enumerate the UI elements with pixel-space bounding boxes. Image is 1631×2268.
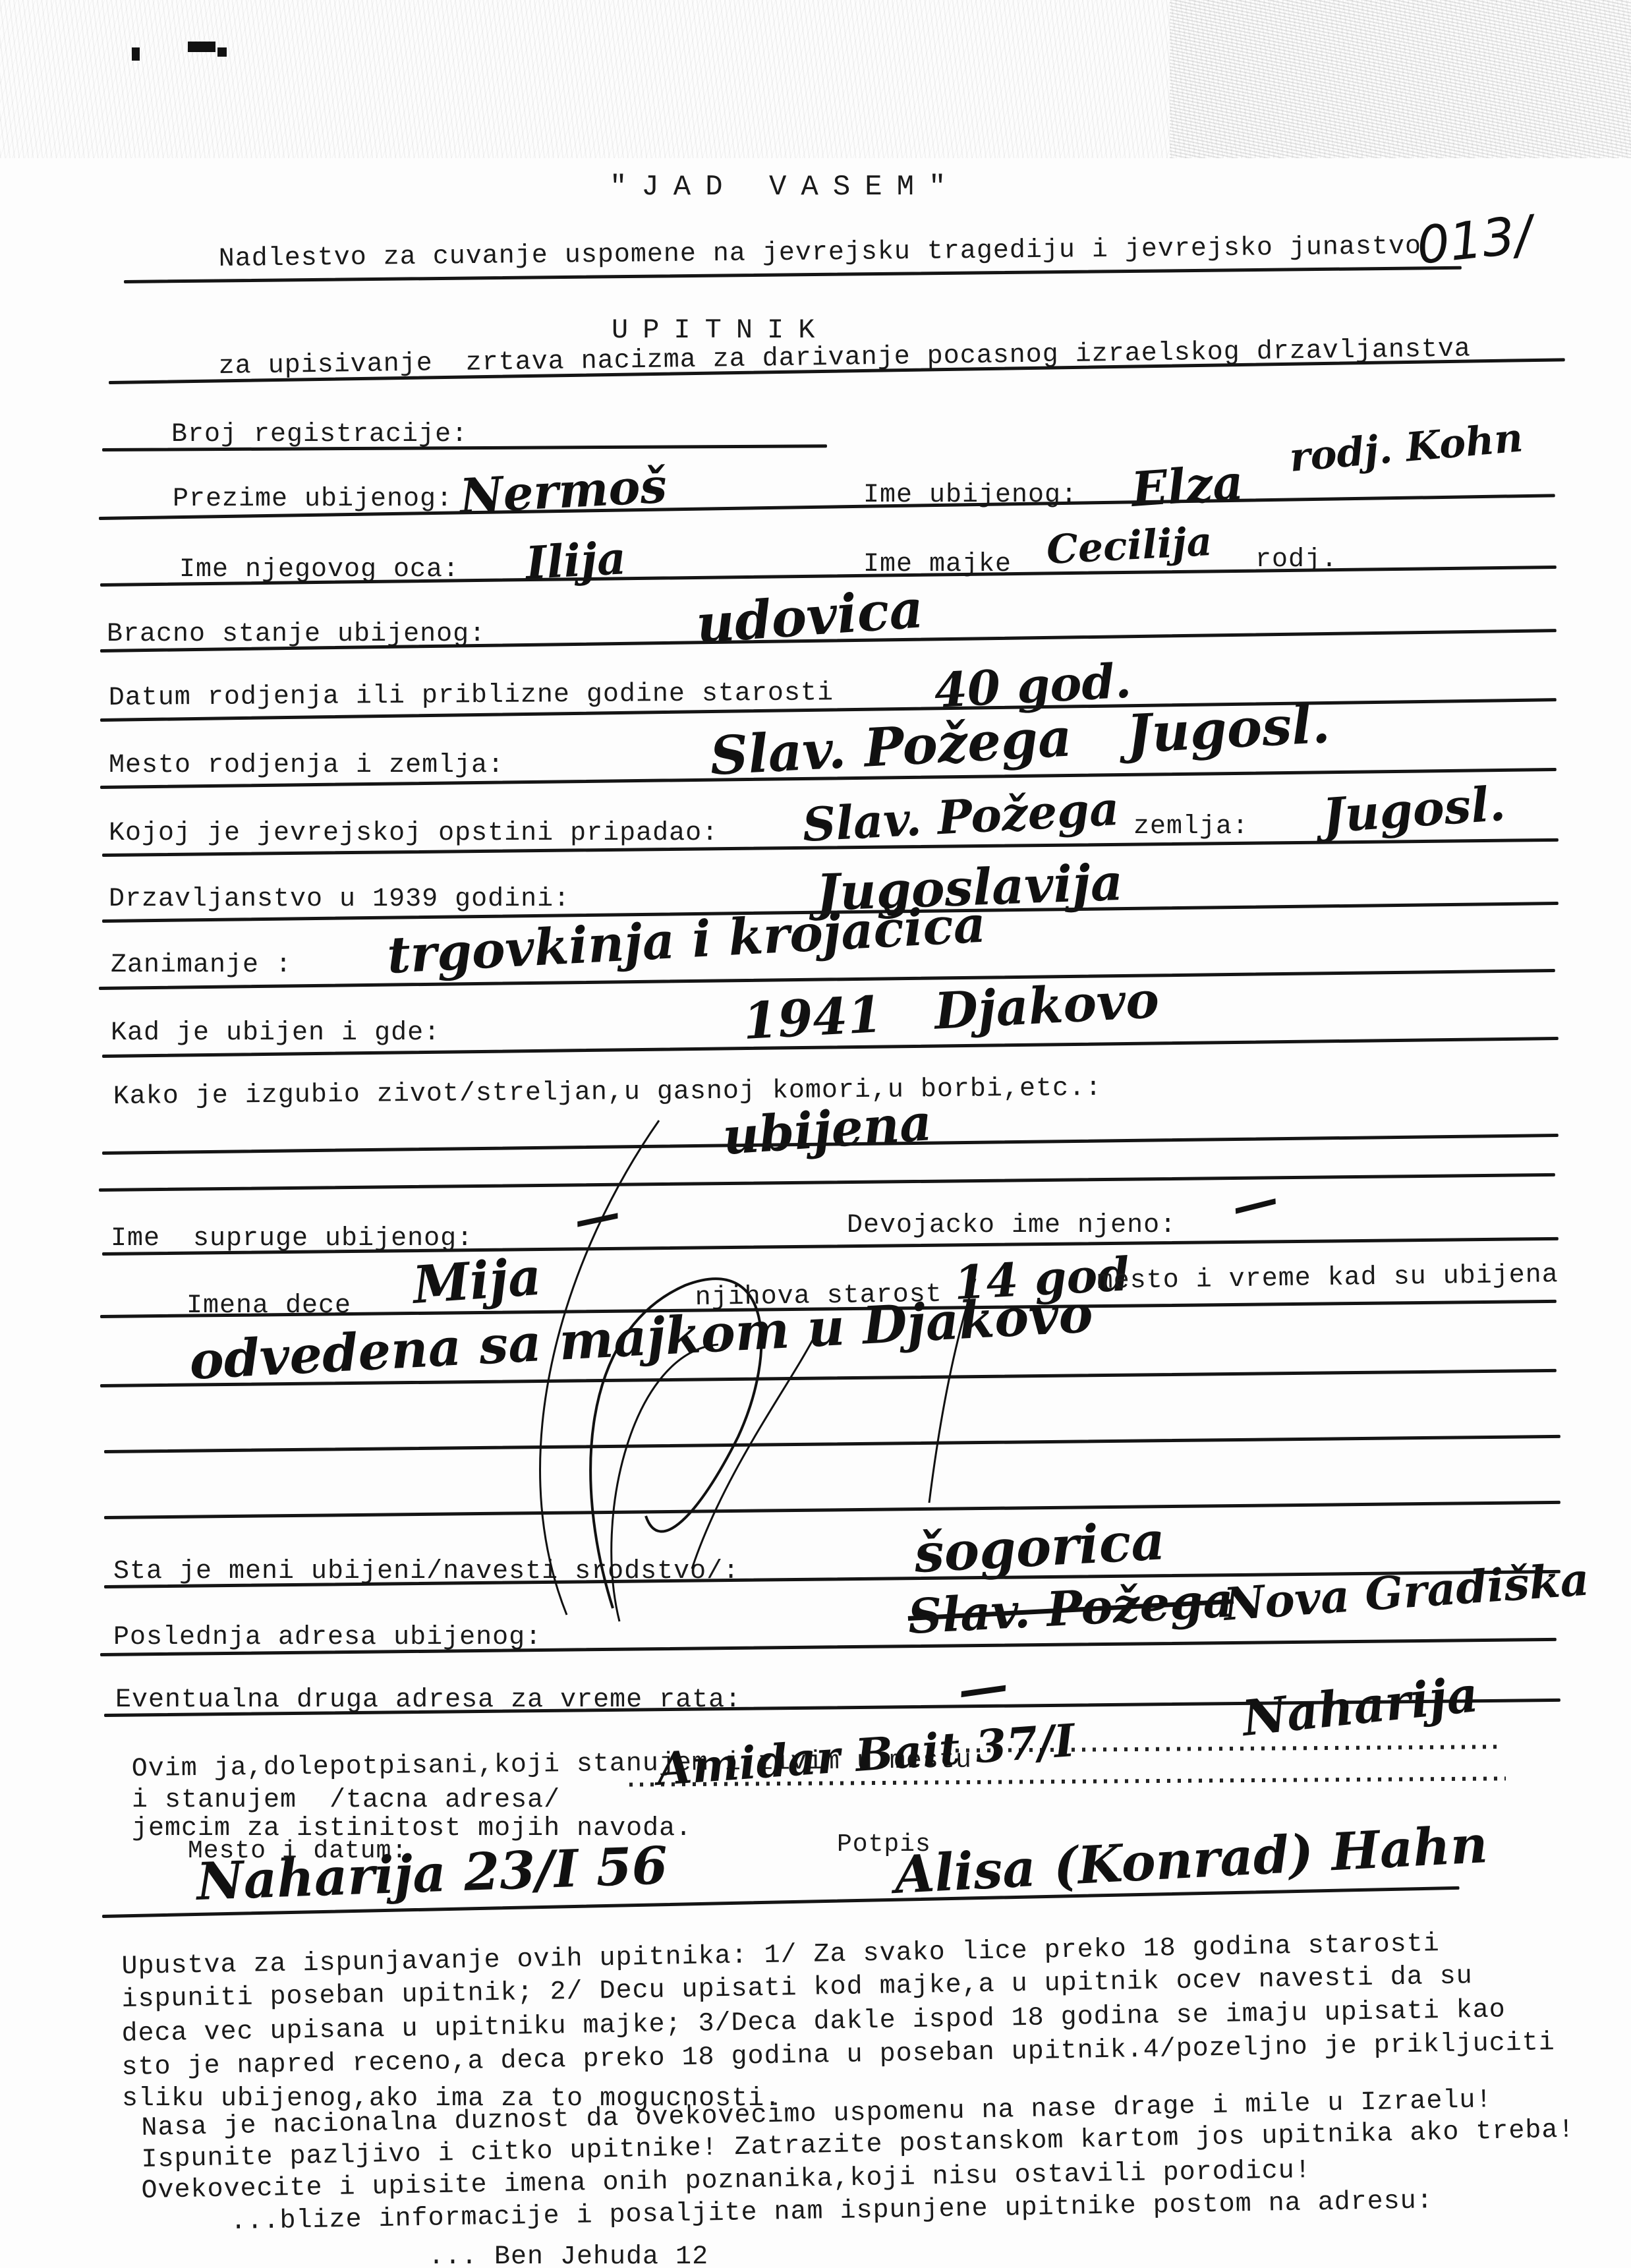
citizenship-label: Drzavljanstvo u 1939 godini: xyxy=(109,887,570,913)
scan-mark xyxy=(217,47,227,57)
children-place-time-label: mesto i vreme kad su ubijena xyxy=(1097,1262,1559,1295)
declaration-residence-value: Naharija xyxy=(1240,1666,1481,1747)
registration-label: Broj registracije: xyxy=(171,422,468,448)
field-line xyxy=(104,1501,1560,1519)
killed-when-where-label: Kad je ubijen i gde: xyxy=(111,1020,440,1047)
field-line xyxy=(99,1173,1555,1192)
maiden-name-label: Devojacko ime njeno: xyxy=(847,1213,1176,1239)
how-died-label: Kako je izgubio zivot/streljan,u gasnoj … xyxy=(113,1076,1102,1111)
declaration-line2: i stanujem /tacna adresa/ xyxy=(132,1788,560,1814)
organization-subtitle: Nadlestvo za cuvanje uspomene na jevrejs… xyxy=(219,234,1422,273)
form-title: UPITNIK xyxy=(612,316,829,344)
birth-date-label: Datum rodjenja ili priblizne godine star… xyxy=(109,680,834,712)
first-name-value: Elza xyxy=(1130,453,1245,517)
last-address-value: Nova Gradiška xyxy=(1222,1553,1591,1631)
field-line xyxy=(104,1435,1560,1453)
organization-title: "JAD VASEM" xyxy=(610,173,960,202)
scan-mark xyxy=(132,47,140,61)
killed-when-where-value: 1941 Djakovo xyxy=(741,970,1160,1051)
surname-label: Prezime ubijenog: xyxy=(173,486,453,513)
community-country-label: zemlja: xyxy=(1133,814,1249,840)
form-subtitle: za upisivanje zrtava nacizma za darivanj… xyxy=(218,336,1471,380)
maiden-name-value: — xyxy=(1226,1171,1284,1235)
appeal-line: ... Ben Jehuda 12 xyxy=(428,2244,708,2268)
field-line xyxy=(99,969,1555,990)
scanned-document-page: "JAD VASEM" 013/ Nadlestvo za cuvanje us… xyxy=(0,0,1631,2268)
reference-number: 013/ xyxy=(1414,205,1535,276)
marital-status-label: Bracno stanje ubijenog: xyxy=(107,622,486,648)
community-country-value: Jugosl. xyxy=(1321,775,1507,844)
community-label: Kojoj je jevrejskoj opstini pripadao: xyxy=(109,821,718,847)
wartime-address-value: — xyxy=(954,1654,1012,1720)
spouse-value: — xyxy=(569,1184,625,1248)
scan-mark xyxy=(188,42,215,52)
scan-noise-top xyxy=(0,0,1631,158)
first-name-maiden-note: rodj. Kohn xyxy=(1288,415,1525,481)
children-names-value: Mija xyxy=(411,1247,544,1316)
community-value: Slav. Požega xyxy=(801,781,1121,852)
relation-value: šogorica xyxy=(913,1509,1166,1585)
mother-name-value: Cecilija xyxy=(1045,519,1213,573)
surname-value: Nermoš xyxy=(459,457,668,524)
last-address-struck-value: Slav. Požega xyxy=(907,1571,1235,1644)
last-address-label: Poslednja adresa ubijenog: xyxy=(113,1625,542,1651)
birthplace-label: Mesto rodjenja i zemlja: xyxy=(109,753,504,779)
occupation-label: Zanimanje : xyxy=(111,952,292,979)
